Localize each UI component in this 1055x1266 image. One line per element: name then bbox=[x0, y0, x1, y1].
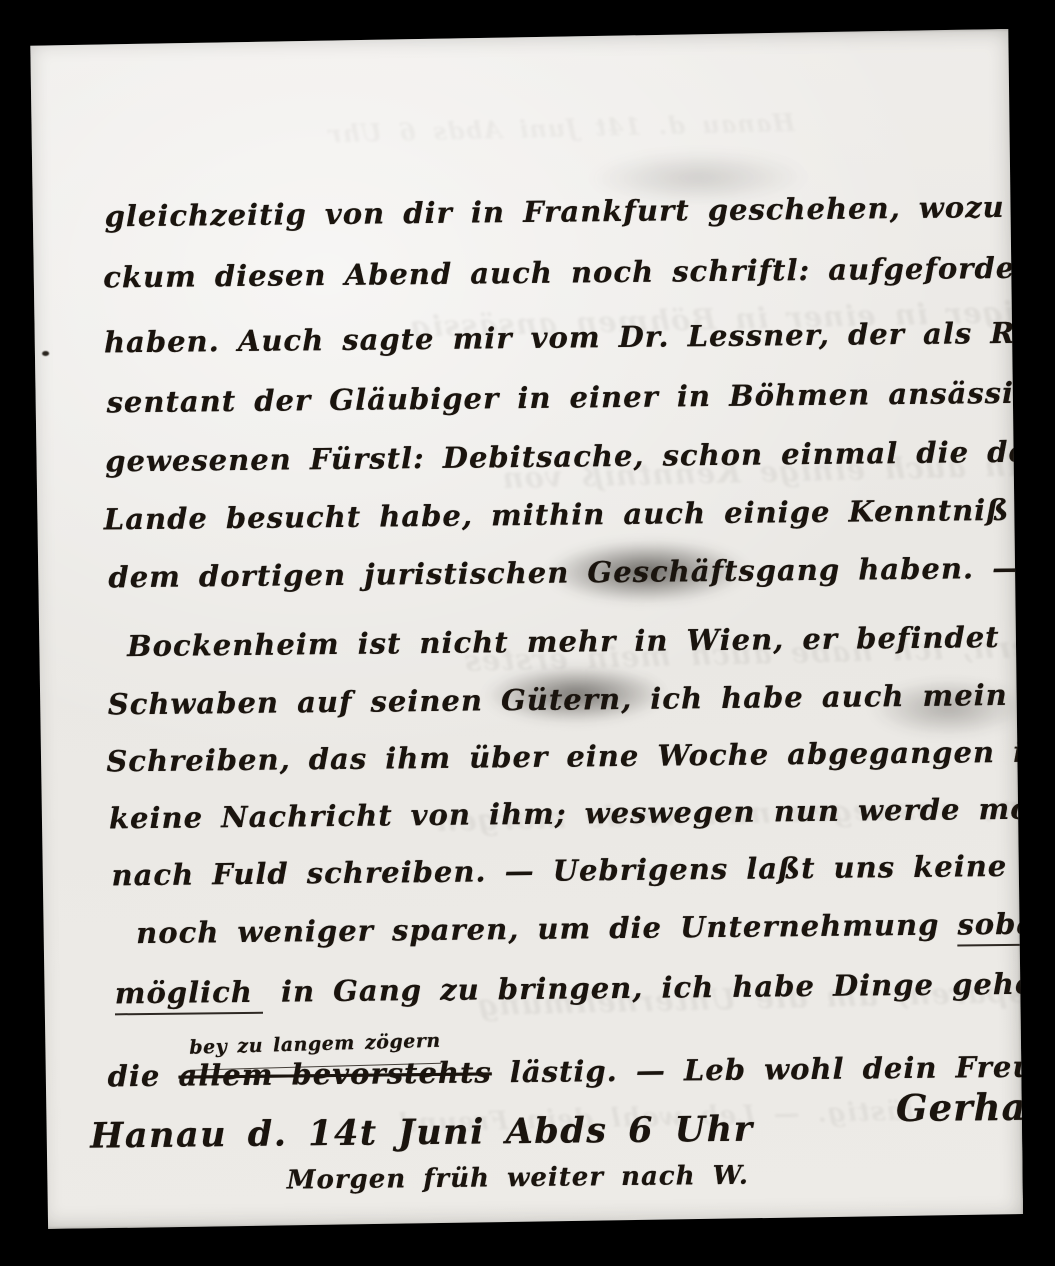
bleed-through-text: Hanau d. 14t Juni Abds 6 Uhr bbox=[327, 108, 795, 148]
signature: Gerhard bbox=[896, 1086, 1023, 1128]
handwriting-text: noch weniger sparen, um die Unternehmung bbox=[136, 907, 958, 950]
underlined-text: sobald wie bbox=[957, 905, 1023, 946]
handwriting-line: noch weniger sparen, um die Unternehmung… bbox=[136, 902, 1023, 953]
handwriting-line: Schreiben, das ihm über eine Woche abgeg… bbox=[106, 730, 1023, 781]
handwriting-line: sentant der Gläubiger in einer in Böhmen… bbox=[106, 373, 1023, 423]
handwriting-line: haben. Auch sagte mir vom Dr. Lessner, d… bbox=[104, 312, 1023, 362]
scan-background: Hanau d. 14t Juni Abds 6 Uhr sentant der… bbox=[0, 0, 1055, 1266]
handwriting-line: ckum diesen Abend auch noch schriftl: au… bbox=[103, 248, 1023, 298]
letter-page: Hanau d. 14t Juni Abds 6 Uhr sentant der… bbox=[27, 29, 1023, 1229]
postscript-line: Morgen früh weiter nach W. bbox=[287, 1156, 749, 1201]
handwriting-text: in Gang zu bringen, ich habe Dinge gehör… bbox=[263, 966, 1024, 1008]
ink-fleck bbox=[42, 351, 49, 356]
handwriting-line: gleichzeitig von dir in Frankfurt gesche… bbox=[104, 185, 1023, 236]
date-line: Hanau d. 14t Juni Abds 6 Uhr bbox=[90, 1110, 754, 1157]
handwriting-line: keine Nachricht von ihm; weswegen nun we… bbox=[109, 788, 1023, 838]
handwriting-text: lästig. — Leb wohl dein Freund bbox=[492, 1049, 1024, 1089]
struck-text: allem bevorstehts bbox=[178, 1055, 492, 1092]
handwriting-text: die bbox=[107, 1059, 178, 1094]
handwriting-line: nach Fuld schreiben. — Uebrigens laßt un… bbox=[111, 845, 1023, 895]
underlined-text: möglich bbox=[115, 975, 263, 1016]
handwriting-line: dem dortigen juristischen Geschäftsgang … bbox=[108, 548, 1022, 598]
handwriting-line: Lande besucht habe, mithin auch einige K… bbox=[104, 489, 1024, 539]
